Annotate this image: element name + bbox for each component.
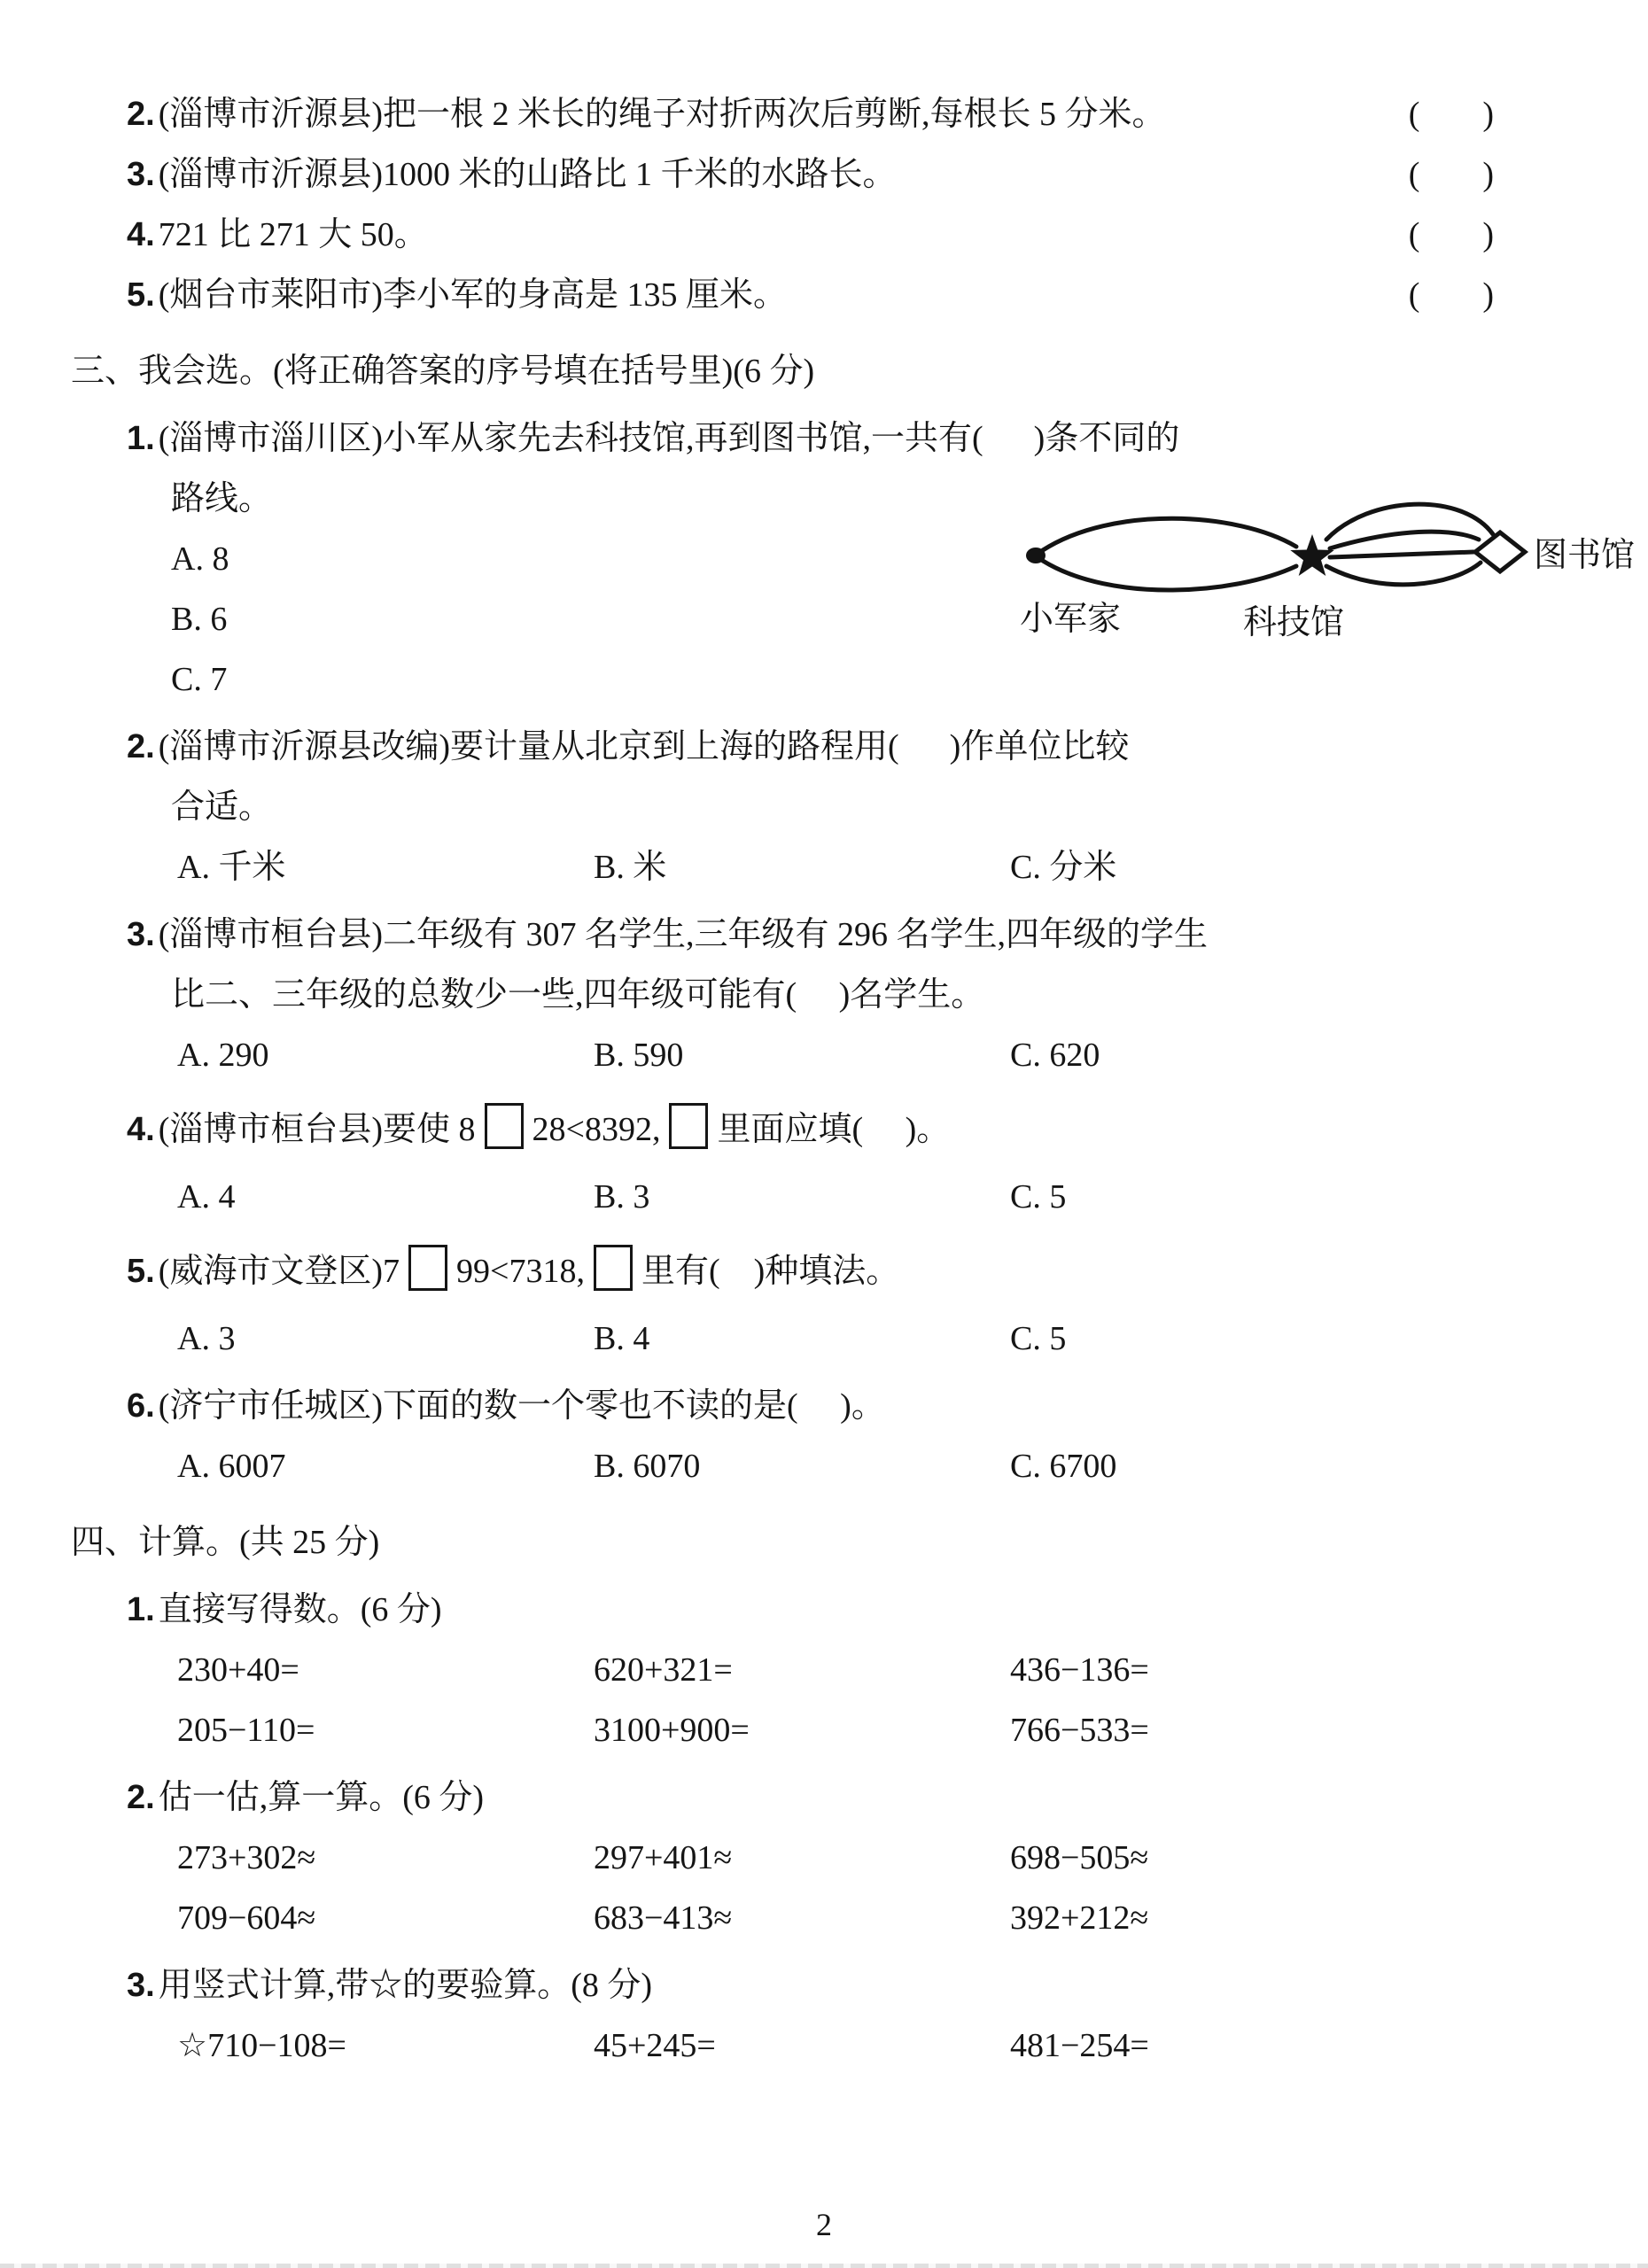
part-title: 用竖式计算,带☆的要验算。(8 分)	[159, 1967, 652, 2004]
routes-diagram: 小军家 科技馆 图书馆	[1014, 499, 1635, 641]
expression: 481−254=	[1010, 2016, 1595, 2076]
expression: 683−413≈	[594, 1888, 1010, 1948]
question-text: (威海市文登区)7	[159, 1253, 400, 1290]
blank-box	[669, 1103, 708, 1149]
blank-box	[485, 1103, 524, 1149]
question-2: 2.(淄博市沂源县改编)要计量从北京到上海的路程用( )作单位比较 合适。 A.…	[53, 717, 1595, 897]
option-a: A. 千米	[177, 837, 594, 897]
question-line: 合适。	[53, 777, 1595, 837]
question-number: 6.	[127, 1387, 155, 1425]
worksheet-page: 2.(淄博市沂源县)把一根 2 米长的绳子对折两次后剪断,每根长 5 分米。 (…	[0, 0, 1648, 2268]
item-text: (烟台市莱阳市)李小军的身高是 135 厘米。	[159, 265, 787, 325]
blank-box	[408, 1245, 447, 1291]
page-number: 2	[0, 2206, 1648, 2243]
option-b: B. 4	[594, 1309, 1010, 1369]
expression: 297+401≈	[594, 1828, 1010, 1888]
scan-edge-artifact	[0, 2264, 1648, 2268]
option-c: C. 6700	[1010, 1436, 1595, 1496]
item-text: 721 比 271 大 50。	[159, 205, 428, 265]
expression-row: 273+302≈ 297+401≈ 698−505≈	[53, 1828, 1595, 1888]
library-diamond	[1475, 532, 1525, 571]
options-row: A. 3 B. 4 C. 5	[53, 1309, 1595, 1369]
question-text: (淄博市沂源县改编)要计量从北京到上海的路程用( )作单位比较	[159, 728, 1130, 765]
question-text: 里有( )种填法。	[641, 1253, 899, 1290]
answer-bracket: ( )	[1409, 265, 1496, 325]
question-number: 2.	[127, 728, 155, 765]
options-row: A. 290 B. 590 C. 620	[53, 1025, 1595, 1085]
library-label: 图书馆	[1534, 537, 1635, 574]
item-number: 2.	[127, 84, 155, 144]
option-c: C. 7	[53, 649, 1595, 710]
question-6: 6.(济宁市任城区)下面的数一个零也不读的是( )。 A. 6007 B. 60…	[53, 1376, 1595, 1496]
option-b: B. 3	[594, 1167, 1010, 1227]
section-true-false: 2.(淄博市沂源县)把一根 2 米长的绳子对折两次后剪断,每根长 5 分米。 (…	[53, 84, 1595, 325]
item-text: (淄博市沂源县)把一根 2 米长的绳子对折两次后剪断,每根长 5 分米。	[159, 84, 1166, 144]
part-number: 3.	[127, 1967, 155, 2004]
option-c: C. 620	[1010, 1025, 1595, 1085]
option-b: B. 6070	[594, 1436, 1010, 1496]
option-a: A. 3	[177, 1309, 594, 1369]
option-c: C. 5	[1010, 1309, 1595, 1369]
expression: 698−505≈	[1010, 1828, 1595, 1888]
expression-row: 205−110= 3100+900= 766−533=	[53, 1700, 1595, 1760]
science-museum-label: 科技馆	[1243, 604, 1344, 641]
question-line: 比二、三年级的总数少一些,四年级可能有( )名学生。	[53, 965, 1595, 1025]
option-a: A. 6007	[177, 1436, 594, 1496]
part-title: 直接写得数。(6 分)	[159, 1591, 442, 1628]
part-title-line: 2.估一估,算一算。(6 分)	[53, 1767, 1595, 1828]
question-line: 6.(济宁市任城区)下面的数一个零也不读的是( )。	[53, 1376, 1595, 1436]
calc-part-2: 2.估一估,算一算。(6 分) 273+302≈ 297+401≈ 698−50…	[53, 1767, 1595, 1948]
question-text: (淄博市桓台县)要使 8	[159, 1111, 476, 1148]
question-text: (淄博市淄川区)小军从家先去科技馆,再到图书馆,一共有( )条不同的	[159, 420, 1180, 457]
section3-title: 三、我会选。(将正确答案的序号填在括号里)(6 分)	[53, 341, 1595, 401]
route-curve	[1326, 563, 1481, 585]
question-line: 4.(淄博市桓台县)要使 828<8392,里面应填( )。	[53, 1092, 1595, 1167]
route-curve	[1043, 518, 1296, 550]
route-curve	[1330, 532, 1479, 548]
answer-bracket: ( )	[1409, 205, 1496, 265]
question-line: 2.(淄博市沂源县改编)要计量从北京到上海的路程用( )作单位比较	[53, 717, 1595, 777]
question-text: 里面应填( )。	[717, 1111, 950, 1148]
calc-part-1: 1.直接写得数。(6 分) 230+40= 620+321= 436−136= …	[53, 1580, 1595, 1760]
option-b: B. 米	[594, 837, 1010, 897]
question-number: 3.	[127, 916, 155, 953]
part-number: 1.	[127, 1591, 155, 1628]
expression-row: 230+40= 620+321= 436−136=	[53, 1640, 1595, 1700]
options-row: A. 6007 B. 6070 C. 6700	[53, 1436, 1595, 1496]
home-label: 小军家	[1020, 601, 1121, 638]
question-1: 1.(淄博市淄川区)小军从家先去科技馆,再到图书馆,一共有( )条不同的 路线。…	[53, 408, 1595, 710]
question-text: (济宁市任城区)下面的数一个零也不读的是( )。	[159, 1387, 885, 1425]
options-row: A. 4 B. 3 C. 5	[53, 1167, 1595, 1227]
expression: 436−136=	[1010, 1640, 1595, 1700]
question-number: 1.	[127, 420, 155, 457]
true-false-item: 5.(烟台市莱阳市)李小军的身高是 135 厘米。 ( )	[53, 265, 1595, 325]
expression-row: 709−604≈ 683−413≈ 392+212≈	[53, 1888, 1595, 1948]
answer-bracket: ( )	[1409, 84, 1496, 144]
expression: 273+302≈	[177, 1828, 594, 1888]
route-curve	[1330, 552, 1473, 557]
question-4: 4.(淄博市桓台县)要使 828<8392,里面应填( )。 A. 4 B. 3…	[53, 1092, 1595, 1227]
item-text: (淄博市沂源县)1000 米的山路比 1 千米的水路长。	[159, 144, 897, 205]
option-c: C. 分米	[1010, 837, 1595, 897]
expression: 392+212≈	[1010, 1888, 1595, 1948]
part-number: 2.	[127, 1779, 155, 1816]
question-text: 28<8392,	[532, 1111, 661, 1148]
question-line: 3.(淄博市桓台县)二年级有 307 名学生,三年级有 296 名学生,四年级的…	[53, 905, 1595, 965]
question-line: 1.(淄博市淄川区)小军从家先去科技馆,再到图书馆,一共有( )条不同的	[53, 408, 1595, 469]
question-text: (淄博市桓台县)二年级有 307 名学生,三年级有 296 名学生,四年级的学生	[159, 916, 1208, 953]
item-number: 3.	[127, 144, 155, 205]
part-title-line: 1.直接写得数。(6 分)	[53, 1580, 1595, 1640]
expression: 766−533=	[1010, 1700, 1595, 1760]
question-3: 3.(淄博市桓台县)二年级有 307 名学生,三年级有 296 名学生,四年级的…	[53, 905, 1595, 1085]
question-number: 5.	[127, 1253, 155, 1290]
question-5: 5.(威海市文登区)799<7318,里有( )种填法。 A. 3 B. 4 C…	[53, 1234, 1595, 1369]
expression: 230+40=	[177, 1640, 594, 1700]
option-a: A. 4	[177, 1167, 594, 1227]
true-false-item: 4.721 比 271 大 50。 ( )	[53, 205, 1595, 265]
route-curve	[1043, 561, 1296, 590]
question-line: 5.(威海市文登区)799<7318,里有( )种填法。	[53, 1234, 1595, 1309]
calc-part-3: 3.用竖式计算,带☆的要验算。(8 分) ☆710−108= 45+245= 4…	[53, 1955, 1595, 2076]
part-title-line: 3.用竖式计算,带☆的要验算。(8 分)	[53, 1955, 1595, 2016]
expression: ☆710−108=	[177, 2016, 594, 2076]
options-row: A. 千米 B. 米 C. 分米	[53, 837, 1595, 897]
answer-bracket: ( )	[1409, 144, 1496, 205]
blank-box	[594, 1245, 633, 1291]
expression: 3100+900=	[594, 1700, 1010, 1760]
part-title: 估一估,算一算。(6 分)	[159, 1779, 484, 1816]
option-b: B. 590	[594, 1025, 1010, 1085]
question-number: 4.	[127, 1111, 155, 1148]
expression: 205−110=	[177, 1700, 594, 1760]
item-number: 5.	[127, 265, 155, 325]
option-a: A. 290	[177, 1025, 594, 1085]
section4-title: 四、计算。(共 25 分)	[53, 1512, 1595, 1573]
true-false-item: 3.(淄博市沂源县)1000 米的山路比 1 千米的水路长。 ( )	[53, 144, 1595, 205]
true-false-item: 2.(淄博市沂源县)把一根 2 米长的绳子对折两次后剪断,每根长 5 分米。 (…	[53, 84, 1595, 144]
expression: 709−604≈	[177, 1888, 594, 1948]
item-number: 4.	[127, 205, 155, 265]
expression-row: ☆710−108= 45+245= 481−254=	[53, 2016, 1595, 2076]
expression: 45+245=	[594, 2016, 1010, 2076]
question-text: 99<7318,	[456, 1253, 585, 1290]
expression: 620+321=	[594, 1640, 1010, 1700]
option-c: C. 5	[1010, 1167, 1595, 1227]
